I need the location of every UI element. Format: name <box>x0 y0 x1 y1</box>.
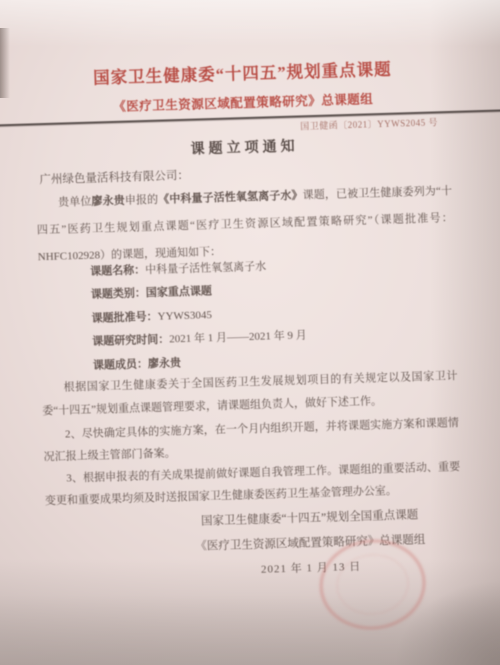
applicant-name: 廖永贵 <box>91 195 125 208</box>
field-approval-number-label: 课题批准号： <box>91 311 157 325</box>
field-project-member-value: 廖永贵 <box>148 357 181 370</box>
project-title-inline: 《中科量子活性氧氢离子水》 <box>158 189 303 205</box>
field-research-period-label: 课题研究时间： <box>92 334 169 348</box>
photo-bottom-shadow <box>0 595 500 665</box>
field-approval-number-value: YYWS3045 <box>157 309 212 323</box>
field-project-name-label: 课题名称： <box>90 264 145 278</box>
field-project-category-value: 国家重点课题 <box>146 286 212 300</box>
field-project-member-label: 课题成员： <box>93 358 148 372</box>
field-research-period-value: 2021 年 1 月——2021 年 9 月 <box>169 329 307 345</box>
document-number: 国卫健函〔2021〕YYWS2045 号 <box>300 115 438 132</box>
intro-pre: 贵单位 <box>58 196 92 209</box>
notice-document: 国家卫生健康委“十四五”规划重点课题 《医疗卫生资源区域配置策略研究》总课题组 … <box>0 0 500 665</box>
field-project-category-label: 课题类别： <box>91 287 146 301</box>
field-project-name-value: 中科量子活性氧氢离子水 <box>145 260 266 276</box>
header-title-line1: 国家卫生健康委“十四五”规划重点课题 <box>0 53 493 92</box>
notice-title: 课题立项通知 <box>0 130 495 165</box>
document-photo: 国家卫生健康委“十四五”规划重点课题 《医疗卫生资源区域配置策略研究》总课题组 … <box>0 0 500 665</box>
project-fields: 课题名称：中科量子活性氧氢离子水 课题类别：国家重点课题 课题批准号：YYWS3… <box>90 254 308 377</box>
signature-line1: 国家卫生健康委“十四五”规划全国重点课题 <box>155 505 463 530</box>
intro-mid: 申报的 <box>125 194 159 207</box>
salutation: 广州绿色量活科技有限公司： <box>39 167 189 187</box>
signature-line2: 《医疗卫生资源区域配置策略研究》总课题组 <box>156 530 464 555</box>
